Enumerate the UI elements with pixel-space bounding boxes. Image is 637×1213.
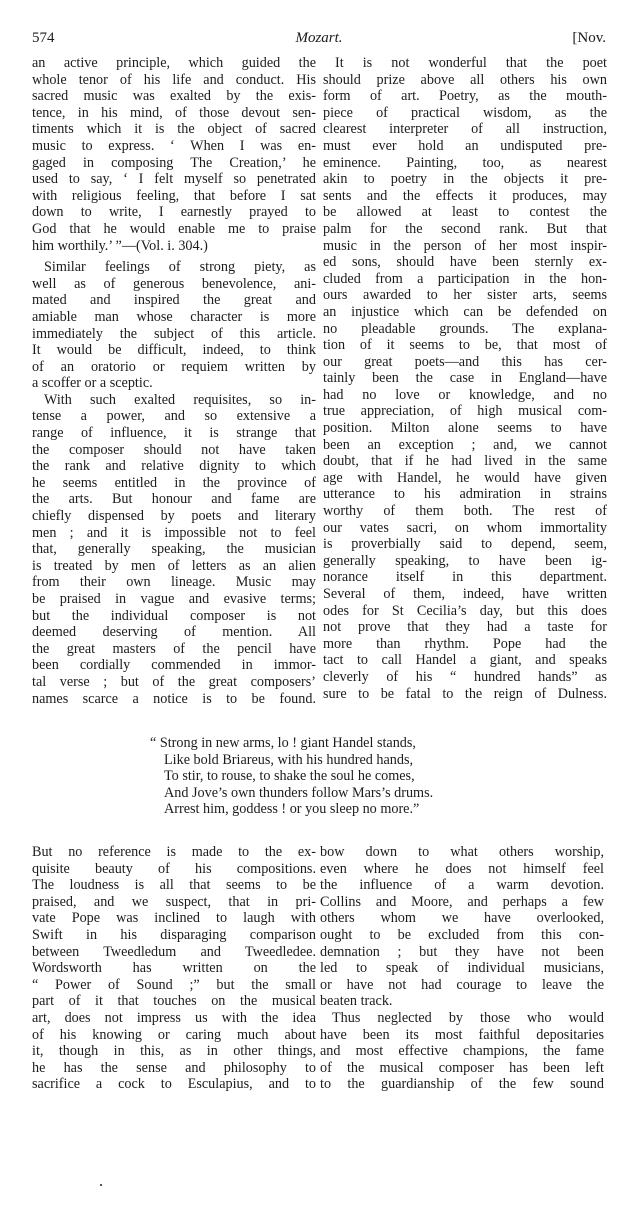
text-line: “ Power of Sound ;” but the small [32, 977, 316, 994]
text-line: sents and the effects it produces, may [323, 188, 607, 205]
text-line: quisite beauty of his compositions. [32, 861, 316, 878]
text-line: sacrifice a cock to Esculapius, and to [32, 1076, 316, 1093]
text-line: odes for St Cecilia’s day, but this does [323, 603, 607, 620]
text-line: Thus neglected by those who would [320, 1010, 604, 1027]
text-line: more than rhythm. Pope had the [323, 636, 607, 653]
text-line: amiable man whose character is more [32, 309, 316, 326]
right-column-bottom: bow down to what others worship, even wh… [320, 844, 604, 1093]
text-line: norance itself in this department. [323, 569, 607, 586]
text-line: no pleadable grounds. The explana- [323, 321, 607, 338]
right-column-top: It is not wonderful that the poet should… [323, 55, 607, 702]
verse-line: And Jove’s own thunders follow Mars’s dr… [150, 785, 433, 802]
text-line: clearest interpreter of all instruction, [323, 121, 607, 138]
text-line: age with Handel, he would have given [323, 470, 607, 487]
text-line: to the guardianship of the few sound [320, 1076, 604, 1093]
text-line: is proverbially said to depend, seem, [323, 536, 607, 553]
text-line: but the individual composer is not [32, 608, 316, 625]
text-line: Several of them, indeed, have written [323, 586, 607, 603]
text-line: ed sons, should have been sternly ex- [323, 254, 607, 271]
text-line: a scoffer or a sceptic. [32, 375, 316, 392]
text-line: timents which it is the object of sacred [32, 121, 316, 138]
text-line: cluded from a participation in the hon- [323, 271, 607, 288]
text-line: he has the sense and philosophy to [32, 1060, 316, 1077]
text-line: tal verse ; but of the great composers’ [32, 674, 316, 691]
running-date: [Nov. [572, 30, 606, 47]
running-title: Mozart. [32, 30, 606, 47]
text-line: the rank and relative dignity to which [32, 458, 316, 475]
text-line: the arts. But honour and fame are [32, 491, 316, 508]
text-line: our vates sacri, on whom immortality [323, 520, 607, 537]
text-line: part of it that touches on the musical [32, 993, 316, 1010]
text-line: been cordially commended in immor- [32, 657, 316, 674]
text-line: names scarce a notice is to be found. [32, 691, 316, 708]
text-line: others whom we have overlooked, [320, 910, 604, 927]
text-line: he seems entitled in the province of [32, 475, 316, 492]
page-header: 574 Mozart. [Nov. [32, 30, 606, 50]
verse-quotation: “ Strong in new arms, lo ! giant Handel … [150, 735, 433, 818]
text-line: the composer should not have taken [32, 442, 316, 459]
text-line: of his knowing or caring much about [32, 1027, 316, 1044]
text-line: be praised in vague and evasive terms; [32, 591, 316, 608]
text-line: music in the person of her most inspir- [323, 238, 607, 255]
verse-line: Like bold Briareus, with his hundred han… [150, 752, 433, 769]
verse-line: To stir, to rouse, to shake the soul he … [150, 768, 433, 785]
text-line: from their own lineage. Music may [32, 574, 316, 591]
text-line: with religious feeling, that before I sa… [32, 188, 316, 205]
text-line: between Tweedledum and Tweedledee. [32, 944, 316, 961]
text-line: used to say, ‘ I felt myself so penetrat… [32, 171, 316, 188]
left-column-top: an active principle, which guided the wh… [32, 55, 316, 707]
text-line: tence, in his mind, of those devout sen- [32, 105, 316, 122]
text-line: led to speak of individual musicians, [320, 960, 604, 977]
text-line: is treated by men of letters as an alien [32, 558, 316, 575]
text-line: whole tenor of his life and conduct. His [32, 72, 316, 89]
text-line: immediately the subject of this article. [32, 326, 316, 343]
text-line: it, though in this, as in other things, [32, 1043, 316, 1060]
text-line: chiefly dispensed by poets and literary [32, 508, 316, 525]
text-line: and most effective champions, the fame [320, 1043, 604, 1060]
text-line: form of art. Poetry, as the mouth- [323, 88, 607, 105]
text-line: him worthily.’ ”—(Vol. i. 304.) [32, 238, 316, 255]
text-line: doubt, that if he had lived in the same [323, 453, 607, 470]
text-line: gaged in composing The Creation,’ he [32, 155, 316, 172]
scan-speck [100, 1184, 102, 1186]
text-line: must ever hold an undisputed pre- [323, 138, 607, 155]
text-line: been an exception ; and, we cannot [323, 437, 607, 454]
text-line: It is not wonderful that the poet [323, 55, 607, 72]
text-line: eminence. Painting, too, as nearest [323, 155, 607, 172]
text-line: ours awarded to her sister arts, seems [323, 287, 607, 304]
text-line: tact to call Handel a giant, and speaks [323, 652, 607, 669]
text-line: men ; and it is impossible not to feel [32, 525, 316, 542]
text-line: had no love or knowledge, and no [323, 387, 607, 404]
text-line: Wordsworth has written on the [32, 960, 316, 977]
text-line: or have not had courage to leave the [320, 977, 604, 994]
text-line: music to express. ‘ When I was en- [32, 138, 316, 155]
text-line: piece of practical wisdom, as the [323, 105, 607, 122]
text-line: the influence of a warm devotion. [320, 877, 604, 894]
text-line: art, does not impress us with the idea [32, 1010, 316, 1027]
text-line: well as of generous benevolence, ani- [32, 276, 316, 293]
text-line: sacred music was exalted by the exis- [32, 88, 316, 105]
text-line: an injustice which can be defended on [323, 304, 607, 321]
text-line: true appreciation, of high musical com- [323, 403, 607, 420]
text-line: even where he does not himself feel [320, 861, 604, 878]
text-line: range of influence, it is strange that [32, 425, 316, 442]
text-line: ought to be excluded from this con- [320, 927, 604, 944]
text-line: should prize above all others his own [323, 72, 607, 89]
text-line: mated and inspired the great and [32, 292, 316, 309]
text-line: Swift in his disparaging comparison [32, 927, 316, 944]
text-line: bow down to what others worship, [320, 844, 604, 861]
left-column-bottom: But no reference is made to the ex- quis… [32, 844, 316, 1093]
text-line: worthy of them both. The rest of [323, 503, 607, 520]
text-line: deemed deserving of mention. All [32, 624, 316, 641]
text-line: beaten track. [320, 993, 604, 1010]
text-line: generally speaking, to have been ig- [323, 553, 607, 570]
text-line: not prove that they had a taste for [323, 619, 607, 636]
text-line: But no reference is made to the ex- [32, 844, 316, 861]
text-line: praised, and we suspect, that in pri- [32, 894, 316, 911]
text-line: akin to poetry in the objects it pre- [323, 171, 607, 188]
text-line: our great poets—and this has cer- [323, 354, 607, 371]
text-line: sure to be fatal to the reign of Dulness… [323, 686, 607, 703]
text-line: utterance to his admiration in strains [323, 486, 607, 503]
text-line: that, generally speaking, the musician [32, 541, 316, 558]
text-line: have been its most faithful depositaries [320, 1027, 604, 1044]
verse-line: Arrest him, goddess ! or you sleep no mo… [150, 801, 433, 818]
text-line: palm for the second rank. But that [323, 221, 607, 238]
text-line: Collins and Moore, and perhaps a few [320, 894, 604, 911]
text-line: tainly been the case in England—have [323, 370, 607, 387]
text-line: position. Milton alone seems to have [323, 420, 607, 437]
text-line: tion of it seems to be, that most of [323, 337, 607, 354]
text-line: The loudness is all that seems to be [32, 877, 316, 894]
text-line: of an oratorio or requiem written by [32, 359, 316, 376]
text-line: cleverly of his “ hundred hands” as [323, 669, 607, 686]
text-line: It would be difficult, indeed, to think [32, 342, 316, 359]
text-line: be allowed at least to contest the [323, 204, 607, 221]
text-line: demnation ; but they have not been [320, 944, 604, 961]
text-line: With such exalted requisites, so in- [32, 392, 316, 409]
text-line: God that he would enable me to praise [32, 221, 316, 238]
text-line: the great masters of the pencil have [32, 641, 316, 658]
text-line: vate Pope was inclined to laugh with [32, 910, 316, 927]
text-line: of the musical composer has been left [320, 1060, 604, 1077]
text-line: tense a power, and so extensive a [32, 408, 316, 425]
text-line: down to write, I earnestly prayed to [32, 204, 316, 221]
verse-line: “ Strong in new arms, lo ! giant Handel … [150, 735, 433, 752]
text-line: an active principle, which guided the [32, 55, 316, 72]
text-line: Similar feelings of strong piety, as [32, 259, 316, 276]
